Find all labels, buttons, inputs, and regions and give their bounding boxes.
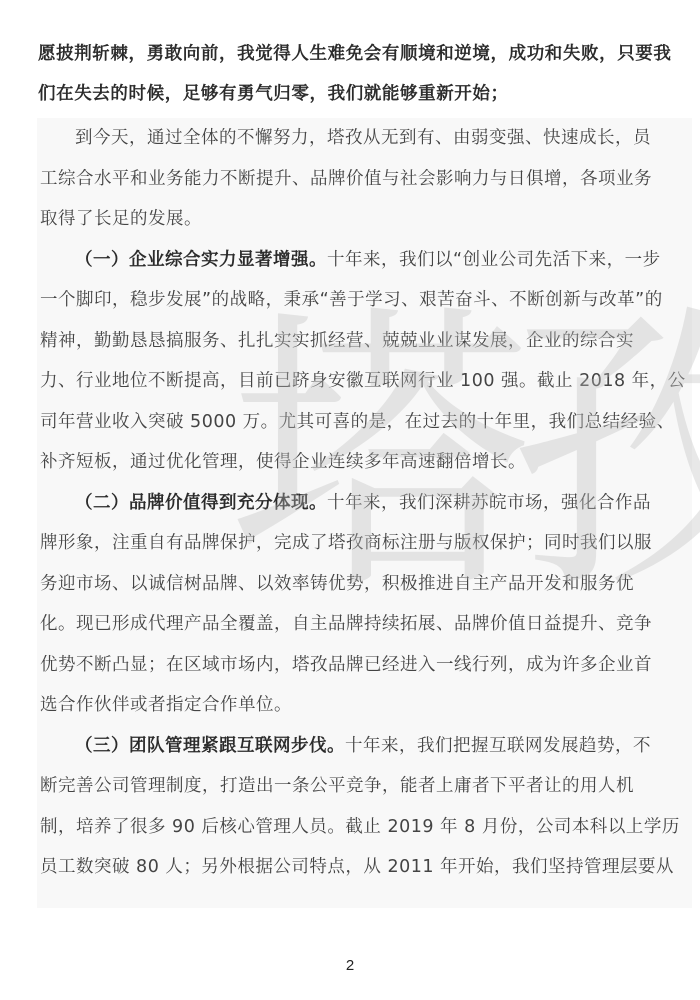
text-line: （一）企业综合实力显著增强。十年来，我们以“创业公司先活下来，一步	[37, 240, 692, 281]
text-line: 选合作伙伴或者指定合作单位。	[37, 685, 692, 726]
section-text: 十年来，我们深耕苏皖市场，强化合作品	[327, 493, 651, 513]
section-text: 十年来，我们把握互联网发展趋势，不	[345, 736, 651, 756]
text-line: 牌形象，注重自有品牌保护，完成了塔孜商标注册与版权保护；同时我们以服	[37, 523, 692, 564]
text-line: 愿披荆斩棘，勇敢向前，我觉得人生难免会有顺境和逆境，成功和失败，只要我	[38, 34, 698, 74]
section-paragraph-2: （二）品牌价值得到充分体现。十年来，我们深耕苏皖市场，强化合作品 牌形象，注重自…	[37, 483, 692, 726]
text-line: 补齐短板，通过优化管理，使得企业连续多年高速翻倍增长。	[37, 442, 692, 483]
text-line: 制，培养了很多 90 后核心管理人员。截止 2019 年 8 月份，公司本科以上…	[37, 807, 692, 848]
section-paragraph-3: （三）团队管理紧跟互联网步伐。十年来，我们把握互联网发展趋势，不 断完善公司管理…	[37, 726, 692, 888]
text-line: 化。现已形成代理产品全覆盖，自主品牌持续拓展、品牌价值日益提升、竞争	[37, 604, 692, 645]
section-paragraph-1: （一）企业综合实力显著增强。十年来，我们以“创业公司先活下来，一步 一个脚印，稳…	[37, 240, 692, 483]
text-line: 到今天，通过全体的不懈努力，塔孜从无到有、由弱变强、快速成长，员	[37, 118, 692, 159]
text-line: 一个脚印，稳步发展”的战略，秉承“善于学习、艰苦奋斗、不断创新与改革”的	[37, 280, 692, 321]
text-line: 优势不断凸显；在区域市场内，塔孜品牌已经进入一线行列，成为许多企业首	[37, 645, 692, 686]
text-line: （三）团队管理紧跟互联网步伐。十年来，我们把握互联网发展趋势，不	[37, 726, 692, 767]
section-heading: （三）团队管理紧跟互联网步伐。	[75, 736, 345, 756]
text-line: 司年营业收入突破 5000 万。尤其可喜的是，在过去的十年里，我们总结经验、	[37, 402, 692, 443]
page-number: 2	[0, 957, 700, 974]
text-line: 工综合水平和业务能力不断提升、品牌价值与社会影响力与日俱增，各项业务	[37, 159, 692, 200]
intro-paragraph: 到今天，通过全体的不懈努力，塔孜从无到有、由弱变强、快速成长，员 工综合水平和业…	[37, 118, 692, 240]
text-line: 力、行业地位不断提高，目前已跻身安徽互联网行业 100 强。截止 2018 年，…	[37, 361, 692, 402]
text-line: 断完善公司管理制度，打造出一条公平竞争，能者上庸者下平者让的用人机	[37, 766, 692, 807]
text-line: 精神，勤勤恳恳搞服务、扎扎实实抓经营、兢兢业业谋发展，企业的综合实	[37, 321, 692, 362]
section-text: 十年来，我们以“创业公司先活下来，一步	[327, 250, 661, 270]
text-line: （二）品牌价值得到充分体现。十年来，我们深耕苏皖市场，强化合作品	[37, 483, 692, 524]
section-heading: （二）品牌价值得到充分体现。	[75, 493, 327, 513]
text-line: 员工数突破 80 人；另外根据公司特点，从 2011 年开始，我们坚持管理层要从	[37, 847, 692, 888]
text-line: 们在失去的时候，足够有勇气归零，我们就能够重新开始；	[38, 74, 698, 114]
highlighted-text-block: 到今天，通过全体的不懈努力，塔孜从无到有、由弱变强、快速成长，员 工综合水平和业…	[37, 118, 692, 908]
text-line: 取得了长足的发展。	[37, 199, 692, 240]
text-line: 务迎市场、以诚信树品牌、以效率铸优势，积极推进自主产品开发和服务优	[37, 564, 692, 605]
section-heading: （一）企业综合实力显著增强。	[75, 250, 327, 270]
document-page: 愿披荆斩棘，勇敢向前，我觉得人生难免会有顺境和逆境，成功和失败，只要我 们在失去…	[0, 0, 700, 1000]
lead-paragraph: 愿披荆斩棘，勇敢向前，我觉得人生难免会有顺境和逆境，成功和失败，只要我 们在失去…	[38, 34, 698, 114]
